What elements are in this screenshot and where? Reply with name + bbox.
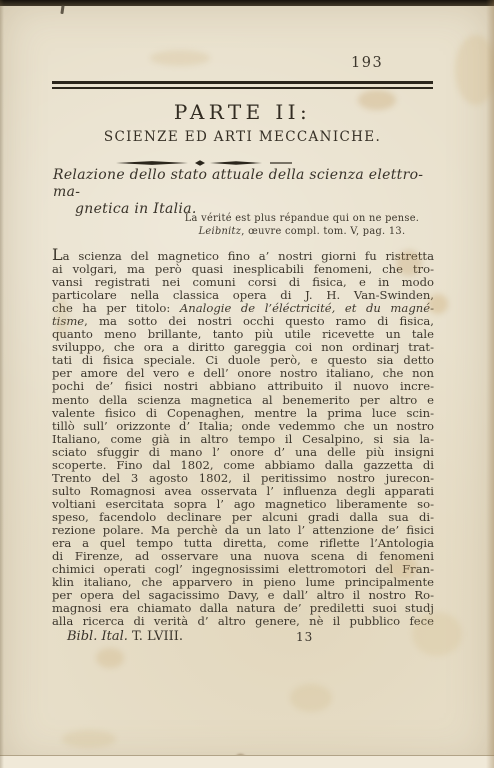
- volume-abbrev: Bibl. Ital.: [67, 629, 128, 644]
- body-line: alla ricerca di verità d’ altro genere, …: [52, 615, 434, 628]
- epigraph-source: , œuvre compl. tom. V, pag. 13.: [241, 226, 405, 237]
- article-title: Relazione dello stato attuale della scie…: [53, 167, 437, 218]
- epigraph-attribution: Leibnitz, œuvre compl. tom. V, pag. 13.: [170, 225, 434, 238]
- body-line: La scienza del magnetico fino a’ nostri …: [52, 247, 434, 263]
- part-title: PARTE II:: [52, 100, 433, 124]
- scan-left-edge: [0, 0, 4, 768]
- volume-label: Bibl. Ital. T. LVIII.: [67, 629, 183, 644]
- epigraph: La vérité est plus répandue qui on ne pe…: [170, 212, 434, 238]
- signature-mark: 13: [296, 630, 313, 644]
- paper-stain: [96, 648, 124, 668]
- section-title: SCIENZE ED ARTI MECCANICHE.: [52, 129, 433, 145]
- paper-stain: [290, 684, 332, 712]
- paper-stain: [150, 50, 210, 66]
- article-title-line: Relazione dello stato attuale della scie…: [53, 167, 437, 201]
- paper-stain: [62, 730, 116, 748]
- scanned-book-page: 193 PARTE II: SCIENZE ED ARTI MECCANICHE…: [0, 0, 494, 768]
- page-number: 193: [351, 55, 383, 71]
- scan-right-edge: [486, 0, 494, 768]
- page-footer: Bibl. Ital. T. LVIII. 13: [52, 629, 434, 644]
- volume-number: T. LVIII.: [128, 629, 183, 644]
- header-double-rule: [52, 81, 433, 89]
- scan-bottom-edge: [0, 755, 494, 768]
- scan-top-edge: [0, 0, 494, 6]
- epigraph-quote: La vérité est plus répandue qui on ne pe…: [170, 212, 434, 225]
- body-text: La scienza del magnetico fino a’ nostri …: [52, 247, 434, 628]
- epigraph-author: Leibnitz: [199, 226, 242, 237]
- scan-artifact: [60, 5, 64, 14]
